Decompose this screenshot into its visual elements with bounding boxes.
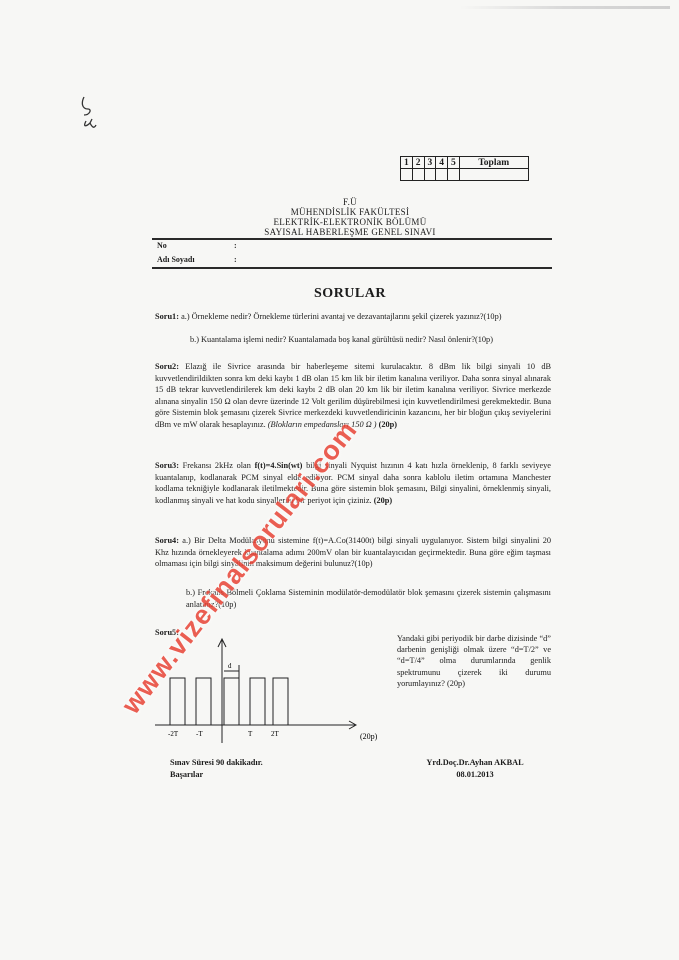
question-3-formula: f(t)=4.Sin(wt): [255, 461, 303, 470]
exam-date: 08.01.2013: [410, 769, 540, 780]
question-4b: b.) Frekans Bölmeli Çoklama Sisteminin m…: [186, 587, 551, 610]
grade-header-total: Toplam: [459, 157, 528, 169]
question-5-text: Yandaki gibi periyodik bir darbe dizisin…: [397, 633, 551, 689]
grade-table-value-row: [401, 169, 529, 181]
grade-cell: [448, 169, 460, 181]
question-3: Soru3: Frekansı 2kHz olan f(t)=4.Sin(wt)…: [155, 460, 551, 506]
question-2-text: Elazığ ile Sivrice arasında bir haberleş…: [155, 362, 551, 429]
department-name: ELEKTRİK-ELEKTRONİK BÖLÜMÜ: [150, 217, 550, 227]
handwritten-mark-icon: [78, 95, 108, 135]
pulse: [224, 678, 239, 725]
grade-header: 5: [448, 157, 460, 169]
student-no-label: No: [157, 241, 167, 250]
faculty-name: MÜHENDİSLİK FAKÜLTESİ: [150, 207, 550, 217]
question-3-text-pre: Frekansı 2kHz olan: [183, 461, 255, 470]
pulse: [273, 678, 288, 725]
exam-page: 1 2 3 4 5 Toplam F.Ü MÜHENDİSLİK FAKÜLTE…: [0, 0, 679, 960]
grade-cell: [436, 169, 448, 181]
scan-edge: [460, 6, 670, 9]
grade-cell: [424, 169, 436, 181]
question-2-label: Soru2:: [155, 362, 179, 371]
grade-header: 1: [401, 157, 413, 169]
pulse: [196, 678, 211, 725]
pulse: [170, 678, 185, 725]
grade-header: 3: [424, 157, 436, 169]
question-4: Soru4: a.) Bir Delta Modülasyonu sistemi…: [155, 535, 551, 570]
exam-name: SAYISAL HABERLEŞME GENEL SINAVI: [150, 227, 550, 237]
question-1a: a.) Örnekleme nedir? Örnekleme türlerini…: [181, 312, 501, 321]
question-2-points: (20p): [379, 420, 397, 429]
question-1-label: Soru1:: [155, 312, 179, 321]
grade-header: 2: [412, 157, 424, 169]
question-4a: a.) Bir Delta Modülasyonu sistemine f(t)…: [155, 536, 551, 568]
pulse-train-figure: d -2T -T T 2T (20p): [150, 635, 380, 745]
student-no-sep: :: [234, 241, 237, 250]
good-luck: Başarılar: [170, 769, 203, 780]
question-3-label: Soru3:: [155, 461, 179, 470]
pulse: [250, 678, 265, 725]
fields-divider: [152, 267, 552, 269]
university-name: F.Ü: [150, 197, 550, 207]
exam-header: F.Ü MÜHENDİSLİK FAKÜLTESİ ELEKTRİK-ELEKT…: [150, 197, 550, 237]
grade-cell: [412, 169, 424, 181]
tick-label: 2T: [271, 730, 280, 738]
question-2-note: (Blokların empedansları 150 Ω ): [268, 420, 377, 429]
question-5-points: (20p): [360, 732, 378, 741]
question-1: Soru1: a.) Örnekleme nedir? Örnekleme tü…: [155, 311, 551, 323]
student-name-label: Adı Soyadı: [157, 255, 195, 264]
instructor-name: Yrd.Doç.Dr.Ayhan AKBAL: [410, 757, 540, 768]
header-divider: [152, 238, 552, 240]
tick-label: -2T: [168, 730, 179, 738]
tick-label: -T: [196, 730, 203, 738]
grade-cell-total: [459, 169, 528, 181]
grade-cell: [401, 169, 413, 181]
student-name-sep: :: [234, 255, 237, 264]
grade-header: 4: [436, 157, 448, 169]
tick-label: T: [248, 730, 253, 738]
question-2: Soru2: Elazığ ile Sivrice arasında bir h…: [155, 361, 551, 431]
grade-table-header-row: 1 2 3 4 5 Toplam: [401, 157, 529, 169]
question-4-label: Soru4:: [155, 536, 179, 545]
page-title: SORULAR: [150, 286, 550, 302]
grade-table: 1 2 3 4 5 Toplam: [400, 156, 529, 181]
pulse-width-label: d: [228, 662, 232, 670]
exam-duration: Sınav Süresi 90 dakikadır.: [170, 757, 263, 768]
question-1b: b.) Kuantalama işlemi nedir? Kuantalamad…: [190, 334, 570, 346]
question-3-points: (20p): [374, 496, 392, 505]
